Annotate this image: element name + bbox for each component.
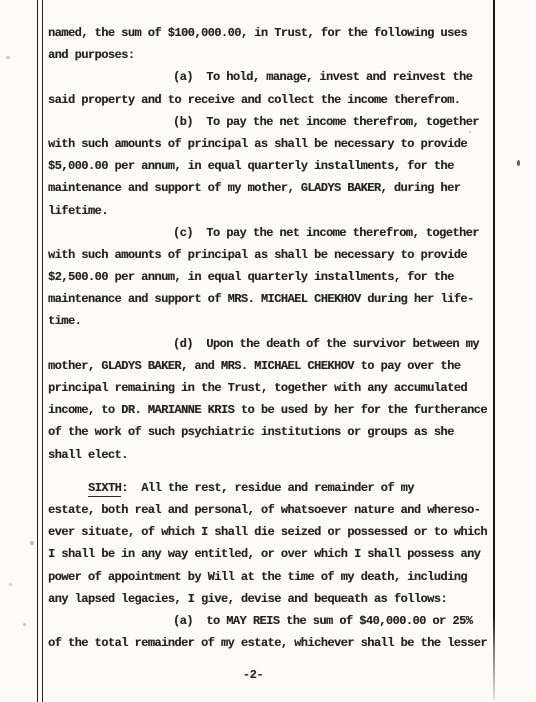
scan-artifact [23,623,26,626]
document-line: shall elect. [48,444,494,466]
text-segment: with such amounts of principal as shall … [48,248,467,262]
document-line: (b) To pay the net income therefrom, tog… [48,111,494,133]
document-line: with such amounts of principal as shall … [48,133,494,155]
text-segment: maintenance and support of my mother, GL… [48,181,460,195]
document-line: any lapsed legacies, I give, devise and … [48,588,494,610]
document-line: of the work of such psychiatric institut… [48,421,494,443]
scan-artifact [30,541,34,545]
document-line: said property and to receive and collect… [48,89,494,111]
text-segment: and purposes: [48,48,134,62]
document-line: estate, both real and personal, of whats… [48,499,494,521]
document-line: SIXTH: All the rest, residue and remaind… [48,477,494,499]
document-line: I shall be in any way entitled, or over … [48,543,494,565]
text-segment: lifetime. [48,204,108,218]
document-line: $5,000.00 per annum, in equal quarterly … [48,155,494,177]
document-line: $2,500.00 per annum, in equal quarterly … [48,266,494,288]
text-segment: (d) Upon the death of the survivor betwe… [173,337,479,351]
document-line: (c) To pay the net income therefrom, tog… [48,222,494,244]
document-line: time. [48,310,494,332]
scan-artifact [9,583,12,586]
underlined-heading: SIXTH [88,481,121,497]
page-number: -2- [48,668,458,682]
text-segment: (a) To hold, manage, invest and reinvest… [173,70,472,84]
text-segment: I shall be in any way entitled, or over … [48,547,480,561]
text-segment: $5,000.00 per annum, in equal quarterly … [48,159,454,173]
document-line: (a) to MAY REIS the sum of $40,000.00 or… [48,610,494,632]
document-line: mother, GLADYS BAKER, and MRS. MICHAEL C… [48,355,494,377]
scan-artifact [517,160,520,166]
document-line: (a) To hold, manage, invest and reinvest… [48,66,494,88]
text-segment: power of appointment by Will at the time… [48,570,467,584]
text-segment: $2,500.00 per annum, in equal quarterly … [48,270,454,284]
document-page: named, the sum of $100,000.00, in Trust,… [0,0,536,702]
text-segment: time. [48,314,81,328]
document-line: (d) Upon the death of the survivor betwe… [48,333,494,355]
text-segment: named, the sum of $100,000.00, in Trust,… [48,26,467,40]
text-segment: (b) To pay the net income therefrom, tog… [173,115,479,129]
document-line: of the total remainder of my estate, whi… [48,632,494,654]
document-line: maintenance and support of MRS. MICHAEL … [48,288,494,310]
text-segment: : All the rest, residue and remainder of… [121,481,414,495]
text-segment: any lapsed legacies, I give, devise and … [48,592,447,606]
text-segment: with such amounts of principal as shall … [48,137,467,151]
text-segment: shall elect. [48,448,128,462]
document-line: lifetime. [48,200,494,222]
scan-artifact [469,131,471,133]
document-line: and purposes: [48,44,494,66]
document-line: maintenance and support of my mother, GL… [48,177,494,199]
document-line: income, to DR. MARIANNE KRIS to be used … [48,399,494,421]
left-margin-rule [37,0,43,702]
document-line: ever situate, of which I shall die seize… [48,521,494,543]
text-segment: of the total remainder of my estate, whi… [48,636,487,650]
document-line: principal remaining in the Trust, togeth… [48,377,494,399]
text-segment: estate, both real and personal, of whats… [48,503,480,517]
text-segment: maintenance and support of MRS. MICHAEL … [48,292,474,306]
text-segment: principal remaining in the Trust, togeth… [48,381,467,395]
document-line: with such amounts of principal as shall … [48,244,494,266]
scan-artifact [6,56,10,59]
document-body: named, the sum of $100,000.00, in Trust,… [48,22,494,654]
text-segment: income, to DR. MARIANNE KRIS to be used … [48,403,487,417]
document-line: named, the sum of $100,000.00, in Trust,… [48,22,494,44]
text-segment: of the work of such psychiatric institut… [48,425,454,439]
text-segment: mother, GLADYS BAKER, and MRS. MICHAEL C… [48,359,460,373]
document-line: power of appointment by Will at the time… [48,566,494,588]
text-segment: said property and to receive and collect… [48,93,460,107]
text-segment: ever situate, of which I shall die seize… [48,525,487,539]
text-segment: (a) to MAY REIS the sum of $40,000.00 or… [173,614,472,628]
text-segment: (c) To pay the net income therefrom, tog… [173,226,479,240]
